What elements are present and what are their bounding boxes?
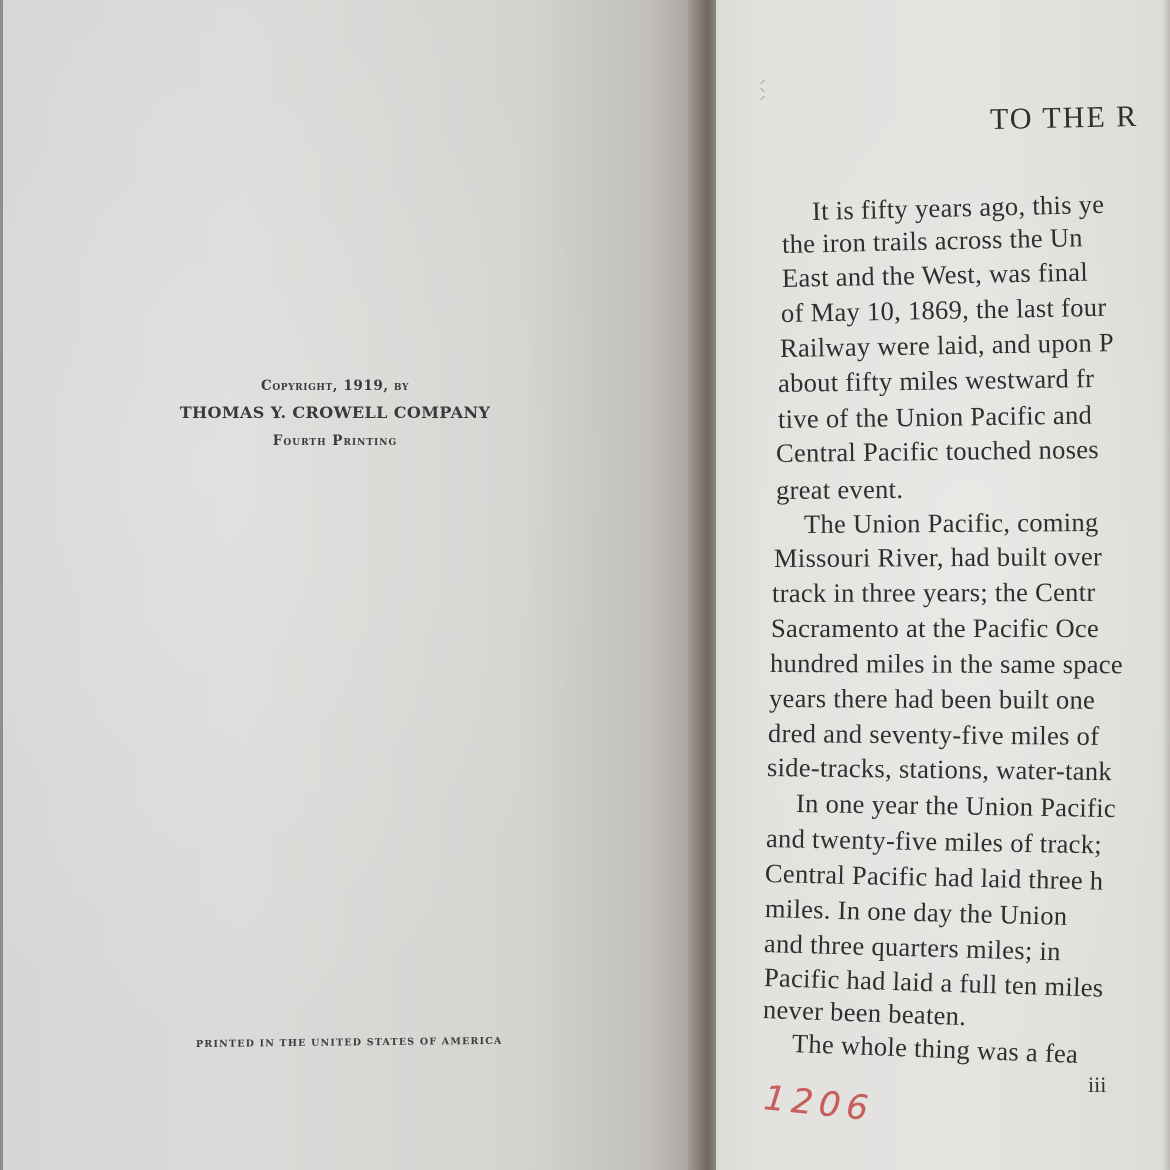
text-line: Central Pacific touched noses (776, 434, 1099, 469)
text-line: tive of the Union Pacific and (778, 400, 1093, 435)
copyright-line: Copyright, 1919, by (140, 372, 530, 400)
text-line: Sacramento at the Pacific Oce (771, 613, 1099, 644)
book-spread: Copyright, 1919, by THOMAS Y. CROWELL CO… (0, 0, 1170, 1170)
text-line: dred and seventy-five miles of (768, 718, 1100, 752)
gutter-shadow (650, 0, 690, 1170)
text-line: In one year the Union Pacific (796, 788, 1116, 824)
copyright-notice: Copyright, 1919, by THOMAS Y. CROWELL CO… (140, 372, 530, 456)
stray-pencil-mark: ⸝⸜⸝ (760, 77, 762, 119)
chapter-heading: TO THE R (990, 100, 1139, 137)
page-edge-shadow (1162, 0, 1170, 1170)
text-line: East and the West, was final (782, 257, 1089, 294)
text-line: Railway were laid, and upon P (780, 327, 1114, 364)
text-line: years there had been built one (769, 683, 1095, 716)
printed-in-notice: PRINTED IN THE UNITED STATES OF AMERICA (196, 1035, 556, 1050)
page-number: iii (1088, 1072, 1106, 1098)
text-line: side-tracks, stations, water-tank (767, 752, 1112, 787)
text-line: of May 10, 1869, the last four (781, 292, 1107, 329)
text-line: Missouri River, had built over (774, 541, 1102, 574)
text-line: hundred miles in the same space (770, 648, 1123, 680)
text-line: great event. (776, 474, 903, 506)
text-line: The Union Pacific, coming (804, 507, 1099, 540)
left-page-copyright: Copyright, 1919, by THOMAS Y. CROWELL CO… (0, 0, 690, 1170)
printing-edition: Fourth Printing (140, 426, 530, 456)
text-line: about fifty miles westward fr (778, 363, 1095, 399)
text-line: track in three years; the Centr (772, 577, 1096, 609)
text-line: and twenty-five miles of track; (766, 823, 1103, 860)
publisher-name: THOMAS Y. CROWELL COMPANY (140, 400, 530, 426)
book-gutter (688, 0, 716, 1170)
